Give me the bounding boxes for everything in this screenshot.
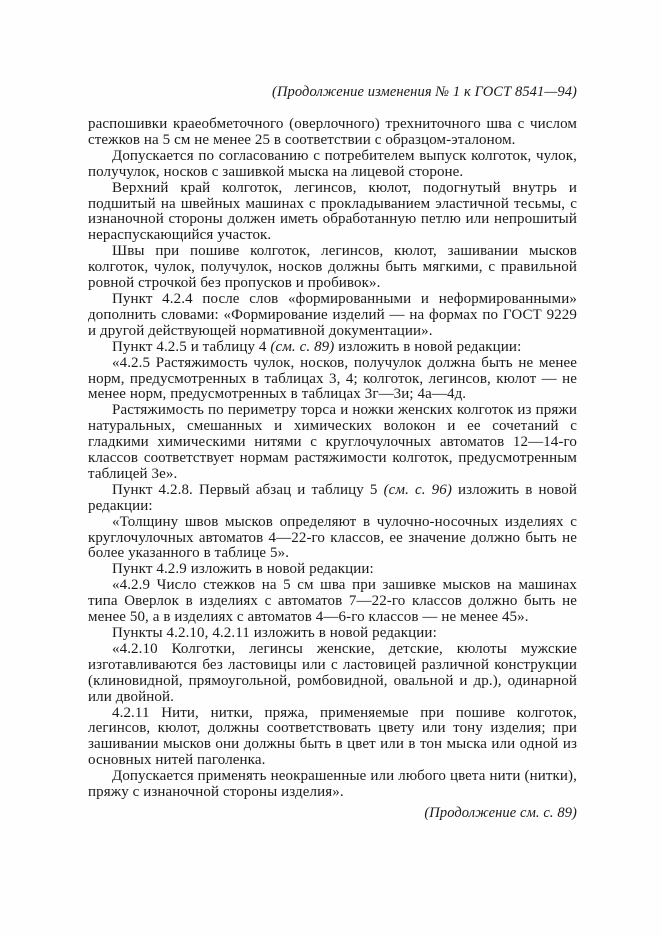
- paragraph: «4.2.10 Колготки, легинсы женские, детск…: [88, 642, 577, 706]
- paragraph: Пункт 4.2.8. Первый абзац и таблицу 5 (с…: [88, 483, 577, 515]
- text-run: Пункт 4.2.9 изложить в новой редакции:: [112, 561, 374, 577]
- text-run: изложить в новой редакции:: [334, 339, 521, 355]
- paragraph: Допускается по согласованию с потребител…: [88, 149, 577, 181]
- paragraph: Допускается применять неокрашенные или л…: [88, 769, 577, 801]
- paragraph: 4.2.11 Нити, нитки, пряжа, применяемые п…: [88, 706, 577, 770]
- text-run: 4.2.11 Нити, нитки, пряжа, применяемые п…: [88, 705, 577, 769]
- text-run: распошивки краеобметочного (оверлочного)…: [88, 116, 577, 148]
- text-run: «4.2.5 Растяжимость чулок, носков, получ…: [88, 355, 577, 403]
- continuation-footer-note: (Продолжение см. с. 89): [88, 805, 577, 821]
- text-run: Допускается по согласованию с потребител…: [88, 148, 577, 180]
- text-run: Верхний край колготок, легинсов, кюлот, …: [88, 180, 577, 244]
- paragraph: Пункт 4.2.5 и таблицу 4 (см. с. 89) изло…: [88, 340, 577, 356]
- text-run: Пункты 4.2.10, 4.2.11 изложить в новой р…: [112, 625, 437, 641]
- paragraph: Растяжимость по периметру торса и ножки …: [88, 403, 577, 483]
- text-run: «4.2.10 Колготки, легинсы женские, детск…: [88, 641, 577, 705]
- paragraph: Пункт 4.2.9 изложить в новой редакции:: [88, 562, 577, 578]
- text-run: «Толщину швов мысков определяют в чулочн…: [88, 514, 577, 562]
- paragraph: Пункты 4.2.10, 4.2.11 изложить в новой р…: [88, 626, 577, 642]
- text-run: Швы при пошиве колготок, легинсов, кюлот…: [88, 243, 577, 291]
- paragraph: «4.2.5 Растяжимость чулок, носков, получ…: [88, 356, 577, 404]
- inline-page-reference: (см. с. 96): [384, 482, 452, 498]
- paragraph: Пункт 4.2.4 после слов «формированными и…: [88, 292, 577, 340]
- running-header-note: (Продолжение изменения № 1 к ГОСТ 8541—9…: [88, 84, 577, 100]
- paragraph: Верхний край колготок, легинсов, кюлот, …: [88, 181, 577, 245]
- text-run: «4.2.9 Число стежков на 5 см шва при заш…: [88, 577, 577, 625]
- text-run: Пункт 4.2.4 после слов «формированными и…: [88, 291, 577, 339]
- text-run: Пункт 4.2.8. Первый абзац и таблицу 5: [112, 482, 384, 498]
- document-body: распошивки краеобметочного (оверлочного)…: [88, 117, 577, 801]
- text-run: Пункт 4.2.5 и таблицу 4: [112, 339, 270, 355]
- text-run: Допускается применять неокрашенные или л…: [88, 768, 577, 800]
- document-page: (Продолжение изменения № 1 к ГОСТ 8541—9…: [88, 84, 577, 821]
- text-run: Растяжимость по периметру торса и ножки …: [88, 402, 577, 482]
- paragraph: распошивки краеобметочного (оверлочного)…: [88, 117, 577, 149]
- paragraph: «Толщину швов мысков определяют в чулочн…: [88, 515, 577, 563]
- scanned-document-page: { "page": { "header_note": "(Продолжение…: [0, 0, 661, 936]
- paragraph: «4.2.9 Число стежков на 5 см шва при заш…: [88, 578, 577, 626]
- inline-page-reference: (см. с. 89): [270, 339, 334, 355]
- paragraph: Швы при пошиве колготок, легинсов, кюлот…: [88, 244, 577, 292]
